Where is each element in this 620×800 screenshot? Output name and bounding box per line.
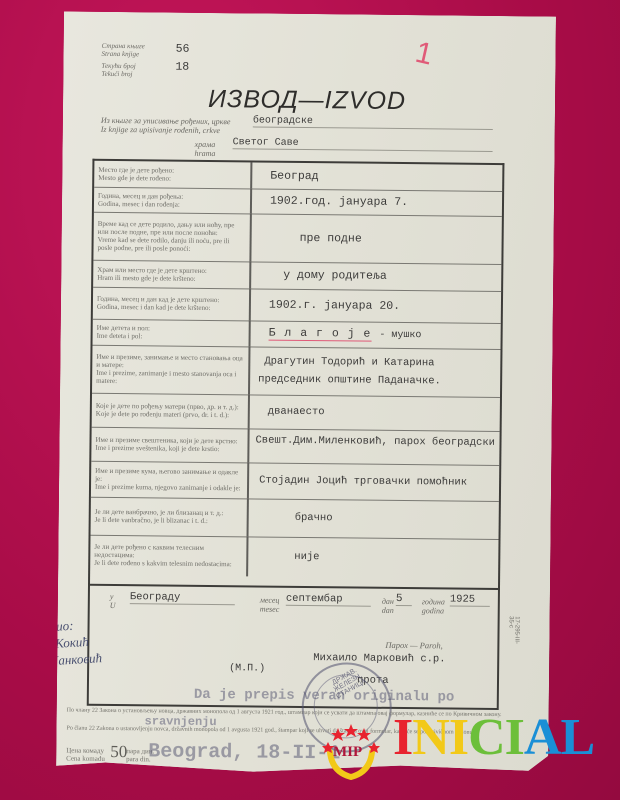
issuance-box: у U Београду месец mesec септембар дан d… (87, 584, 500, 710)
row-value: Стојадин Јоцић трговачки помоћник (249, 462, 499, 501)
row-label: Име детета и пол:Ime deteta i pol: (93, 319, 251, 347)
month-label: месец mesec (260, 596, 280, 614)
row-label: Година, месец и дан кад је дете крштено:… (93, 287, 251, 321)
row-value: није (248, 536, 498, 579)
source-lines: Из књиге за уписивање рођених, цркве Iz … (101, 116, 231, 135)
brand-letter: L (560, 712, 594, 764)
table-row-birth-order: Које је дете по рођењу матери (прво, др.… (92, 393, 500, 432)
issue-place-value: Београду (130, 591, 235, 605)
issue-day-value: 5 (396, 593, 412, 606)
certification-overprint-line3: Beograd, 18-II-1 (148, 740, 340, 765)
document-sheet: 1 Страна књиге Strana knjige 56 Текући б… (56, 11, 556, 778)
temple-value: Светог Саве (233, 137, 493, 152)
child-sex: - мушко (379, 329, 421, 340)
row-label: Година, месец и дан рођења:Godina, mesec… (94, 187, 252, 214)
table-row-birth-time: Време кад се дете родило, дању или ноћу,… (93, 212, 501, 265)
document-title: ИЗВОД—IZVOD (208, 85, 406, 116)
seal-mark: (М.П.) (229, 663, 265, 674)
parents-line-1: Драгутин Тодорић и Катарина (258, 352, 434, 372)
serial-value: 18 (175, 61, 189, 74)
brand-letter: I (505, 712, 524, 764)
priest-label: Парох — Paroh, (385, 641, 442, 651)
row-value: пре подне (251, 213, 501, 264)
temple-label-lat: hrama (194, 149, 215, 158)
source-line-lat: Iz knjige za upisivanje rođenih, crkve (101, 125, 231, 135)
mip-logo-watermark: MIP (322, 722, 380, 780)
day-label: дан dan (382, 597, 394, 615)
issue-month-value: септембар (286, 593, 371, 607)
row-value: брачно (249, 498, 499, 539)
row-value: 1902.г. јануара 20. (251, 288, 501, 323)
brand-letter: N (412, 712, 449, 764)
table-row-godparent: Име и презиме кума, његово занимање и од… (91, 461, 499, 502)
serial-label-lat: Tekući broj (101, 70, 135, 78)
handwritten-verification: Сравнио: 1) Сл.Кокић 2) М.Јанковић (22, 615, 102, 671)
row-value: Б л а г о ј е - мушко (251, 320, 501, 349)
birth-record-table: Место где је дете рођено:Mesto gde je de… (88, 159, 504, 590)
row-label: Је ли дете рођено с каквим телесним недо… (90, 535, 248, 577)
row-label: Име и презиме свештеника, који је дете к… (91, 427, 249, 463)
row-label: Време кад се дете родило, дању или ноћу,… (93, 212, 251, 262)
price-label: Цена комаду Cena komadu (66, 747, 105, 763)
year-label: година godina (422, 597, 445, 615)
row-label: Које је дете по рођењу матери (прво, др.… (92, 393, 250, 429)
row-label: Име и презиме кума, његово занимање и од… (91, 461, 249, 499)
brand-letter: I (393, 712, 412, 764)
form-code: 17-295-III-35-c (507, 616, 519, 646)
page-corner-mark: 1 (412, 36, 436, 73)
row-label: Храм или место где је дете крштено:Hram … (93, 260, 251, 289)
church-value: београдске (253, 115, 493, 130)
brand-letter: C (468, 712, 505, 764)
row-value: у дому родитеља (251, 261, 501, 291)
row-label: Место где је дете рођено:Mesto gde je de… (94, 161, 252, 189)
logo-text: MIP (333, 744, 362, 761)
place-label: у U (110, 592, 116, 610)
temple-label: храма hrama (194, 140, 215, 158)
brand-letter: A (524, 712, 561, 764)
issue-year-value: 1925 (450, 594, 490, 607)
row-label: Име и презиме, занимање и место становањ… (92, 345, 250, 395)
book-page-field: Страна књиге Strana knjige (102, 42, 145, 58)
row-value: Драгутин Тодорић и Катарина председник о… (250, 346, 500, 397)
certification-overprint-line2: sravnjenju (145, 714, 217, 729)
row-label: Је ли дете ванбрачно, је ли близанац и т… (91, 497, 249, 537)
price-value: 50 (110, 742, 127, 762)
child-name: Б л а г о ј е (269, 327, 372, 342)
temple-label-cyr: храма (195, 140, 216, 149)
serial-field: Текући број Tekući broj (101, 62, 136, 78)
table-row-defects: Је ли дете рођено с каквим телесним недо… (90, 535, 498, 579)
row-value: дванаесто (250, 394, 500, 431)
brand-letter: I (449, 712, 468, 764)
parents-line-2: председник општине Паданачке. (258, 370, 441, 390)
book-page-label-lat: Strana knjige (102, 50, 145, 58)
table-row-priest: Име и презиме свештеника, који је дете к… (91, 427, 499, 466)
table-row-parents: Име и презиме, занимање и место становањ… (92, 345, 500, 398)
book-page-value: 56 (176, 43, 190, 56)
inicial-brand-watermark: INICIAL (393, 712, 594, 764)
row-value: Београд (252, 162, 502, 191)
row-value: Свешт.Дим.Миленковић, парох београдски (249, 428, 499, 465)
row-value: 1902.год. јануара 7. (252, 188, 502, 216)
table-row-legitimacy: Је ли дете ванбрачно, је ли близанац и т… (91, 497, 499, 540)
